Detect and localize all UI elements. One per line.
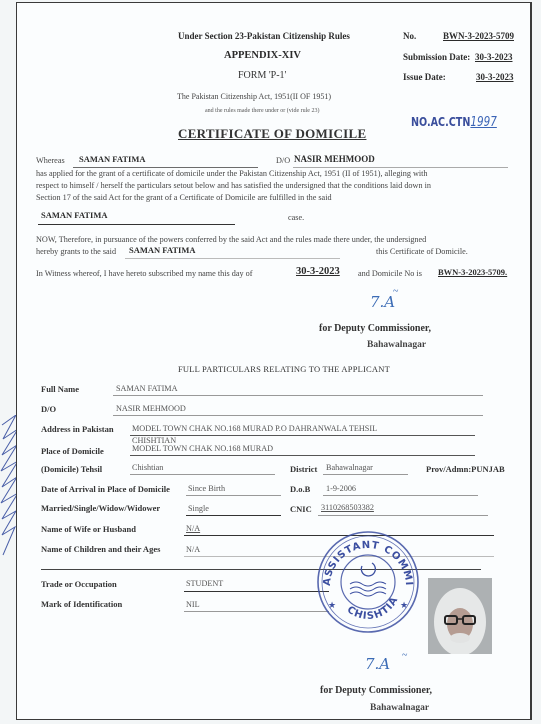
spouse-value: N/A [186,524,200,533]
signature-top-place: Bahawalnagar [367,340,426,350]
para2-line1: NOW, Therefore, in pursuance of the powe… [36,234,426,246]
mark-value: NIL [186,600,200,609]
cnic-label: CNIC [290,504,312,514]
whereas-label: Whereas [36,155,65,167]
do-name: NASIR MEHMOOD [294,154,375,164]
rules-note: and the rules made there under or (vide … [205,108,319,114]
section-rule: Under Section 23-Pakistan Citizenship Ru… [178,31,350,41]
do-particular-value: NASIR MEHMOOD [116,404,186,413]
address-line1: MODEL TOWN CHAK NO.168 MURAD P.O DAHRANW… [132,424,377,433]
place-of-domicile-value: MODEL TOWN CHAK NO.168 MURAD [132,444,273,453]
para1-line2: respect to himself / herself the particu… [36,180,431,192]
place-of-domicile-label: Place of Domicile [41,446,104,456]
tehsil-value: Chishtian [132,463,163,472]
para1-line3: Section 17 of the said Act for the grant… [36,192,332,204]
spouse-label: Name of Wife or Husband [41,524,136,534]
submission-date-value: 30-3-2023 [475,52,513,62]
signature-top: 7.A [370,293,395,311]
case-label: case. [288,212,304,224]
occupation-label: Trade or Occupation [41,579,117,589]
submission-date-label: Submission Date: [403,52,470,62]
issue-date-value: 30-3-2023 [476,72,514,82]
signature-bottom: 7.A [365,655,390,673]
whereas-name: SAMAN FATIMA [79,154,146,164]
assistant-commissioner-stamp: ASSISTANT COMMISSIONER CHISHTIAN ★ ★ [314,528,422,636]
para2-suffix: this Certificate of Domicile. [376,246,468,258]
case-name: SAMAN FATIMA [41,210,108,220]
marital-value: Single [188,504,209,513]
certificate-title: CERTIFICATE OF DOMICILE [178,126,366,142]
witness-domicile-no: BWN-3-2023-5709. [438,267,507,277]
form-title: FORM 'P-1' [238,70,286,81]
signature-bottom-flourish: ~ [402,650,407,661]
signature-top-flourish: ~ [393,286,398,297]
do-particular-label: D/O [41,404,56,414]
no-value: BWN-3-2023-5709 [443,31,514,41]
ac-stamp-handwritten: 1997 [470,115,496,130]
witness-mid: and Domicile No is [358,268,422,280]
tehsil-label: (Domicile) Tehsil [41,464,102,474]
occupation-value: STUDENT [186,579,223,588]
grant-name: SAMAN FATIMA [129,245,196,255]
children-value: N/A [186,545,200,554]
act-title: The Pakistan Citizenship Act, 1951(II OF… [177,92,331,101]
applicant-photo [428,578,492,654]
no-label: No. [403,31,416,41]
cnic-value: 3110268503382 [321,503,374,512]
dob-label: D.o.B [290,484,310,494]
province-value: Prov/Admn:PUNJAB [426,464,505,474]
particulars-heading: FULL PARTICULARS RELATING TO THE APPLICA… [178,364,390,374]
district-label: District [290,464,317,474]
svg-text:★: ★ [328,600,336,610]
do-label: D/O [276,155,290,167]
ac-stamp-prefix: NO.AC.CTN [411,115,470,129]
appendix-title: APPENDIX-XIV [224,50,301,61]
district-value: Bahawalnagar [326,463,373,472]
marital-label: Married/Single/Widow/Widower [41,503,160,513]
witness-date: 30-3-2023 [296,266,340,277]
ac-stamp-number: NO.AC.CTN1997 [411,115,497,130]
full-name-label: Full Name [41,384,79,394]
full-name-value: SAMAN FATIMA [116,384,178,393]
para1-line1: has applied for the grant of a certifica… [36,168,428,180]
mark-label: Mark of Identification [41,599,122,609]
address-label: Address in Pakistan [41,424,114,434]
witness-prefix: In Witness whereof, I have hereto subscr… [36,268,252,280]
svg-text:★: ★ [400,600,408,610]
issue-date-label: Issue Date: [403,72,446,82]
signature-bottom-title: for Deputy Commissioner, [320,685,432,696]
dob-value: 1-9-2006 [326,484,356,493]
signature-top-title: for Deputy Commissioner, [319,323,431,334]
children-label: Name of Children and their Ages [41,544,160,554]
signature-bottom-place: Bahawalnagar [370,703,429,713]
arrival-label: Date of Arrival in Place of Domicile [41,484,170,494]
para2-prefix: hereby grants to the said [36,246,116,258]
arrival-value: Since Birth [188,484,225,493]
